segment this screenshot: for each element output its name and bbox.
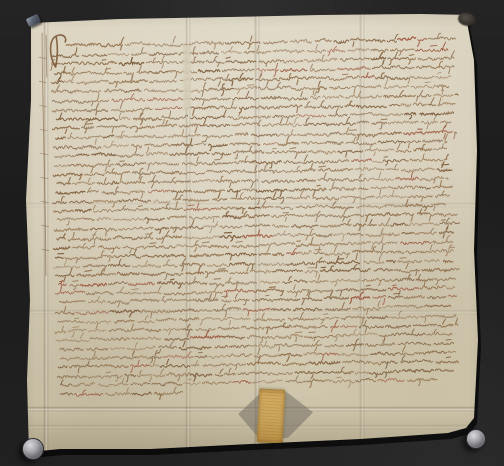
handwriting-lines	[39, 27, 463, 401]
bottom-left-pin	[22, 438, 44, 460]
manuscript-text	[0, 0, 504, 466]
bottom-right-pin	[466, 429, 486, 449]
parchment-document	[0, 0, 504, 466]
photo-background	[0, 0, 504, 466]
fold-crease-gap	[183, 45, 191, 111]
seal-tag	[257, 388, 286, 443]
